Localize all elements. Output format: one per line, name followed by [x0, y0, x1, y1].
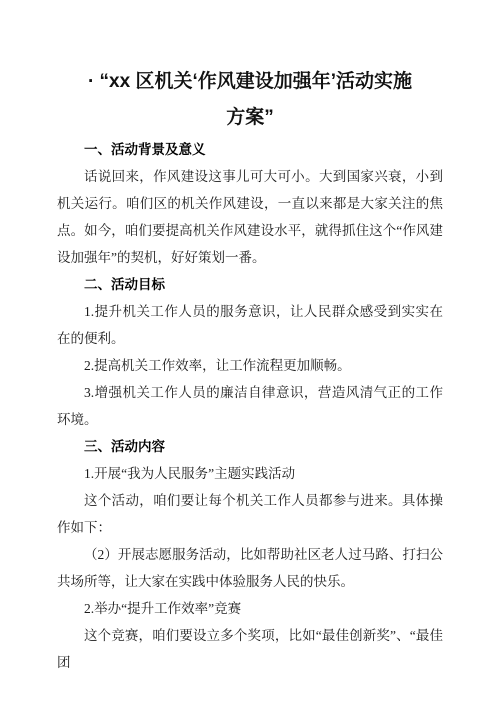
document-page: · “xx 区机关‘作风建设加强年’活动实施 方案” 一、活动背景及意义话说回来… [0, 0, 500, 707]
section-heading: 二、活动目标 [57, 271, 443, 298]
body-paragraph: 1.开展“我为人民服务”主题实践活动 [57, 460, 443, 487]
body-paragraph: 这个竞赛，咱们要设立多个奖项，比如“最佳创新奖”、“最佳团 [57, 622, 443, 676]
title-line-2: 方案” [57, 100, 443, 136]
body-paragraph: 1.提升机关工作人员的服务意识，让人民群众感受到实实在在的便利。 [57, 298, 443, 352]
document-title: · “xx 区机关‘作风建设加强年’活动实施 方案” [57, 64, 443, 136]
body-paragraph: 这个活动，咱们要让每个机关工作人员都参与进来。具体操作如下： [57, 487, 443, 541]
body-paragraph: （2）开展志愿服务活动，比如帮助社区老人过马路、打扫公共场所等，让大家在实践中体… [57, 541, 443, 595]
title-line-1: · “xx 区机关‘作风建设加强年’活动实施 [57, 64, 443, 100]
body-paragraph: 话说回来，作风建设这事儿可大可小。大到国家兴衰，小到机关运行。咱们区的机关作风建… [57, 163, 443, 271]
body-paragraph: 2.提高机关工作效率，让工作流程更加顺畅。 [57, 352, 443, 379]
section-heading: 三、活动内容 [57, 433, 443, 460]
section-heading: 一、活动背景及意义 [57, 136, 443, 163]
body-paragraph: 3.增强机关工作人员的廉洁自律意识，营造风清气正的工作环境。 [57, 379, 443, 433]
body-paragraph: 2.举办“提升工作效率”竞赛 [57, 595, 443, 622]
document: · “xx 区机关‘作风建设加强年’活动实施 方案” 一、活动背景及意义话说回来… [0, 0, 500, 676]
document-body: 一、活动背景及意义话说回来，作风建设这事儿可大可小。大到国家兴衰，小到机关运行。… [57, 136, 443, 676]
